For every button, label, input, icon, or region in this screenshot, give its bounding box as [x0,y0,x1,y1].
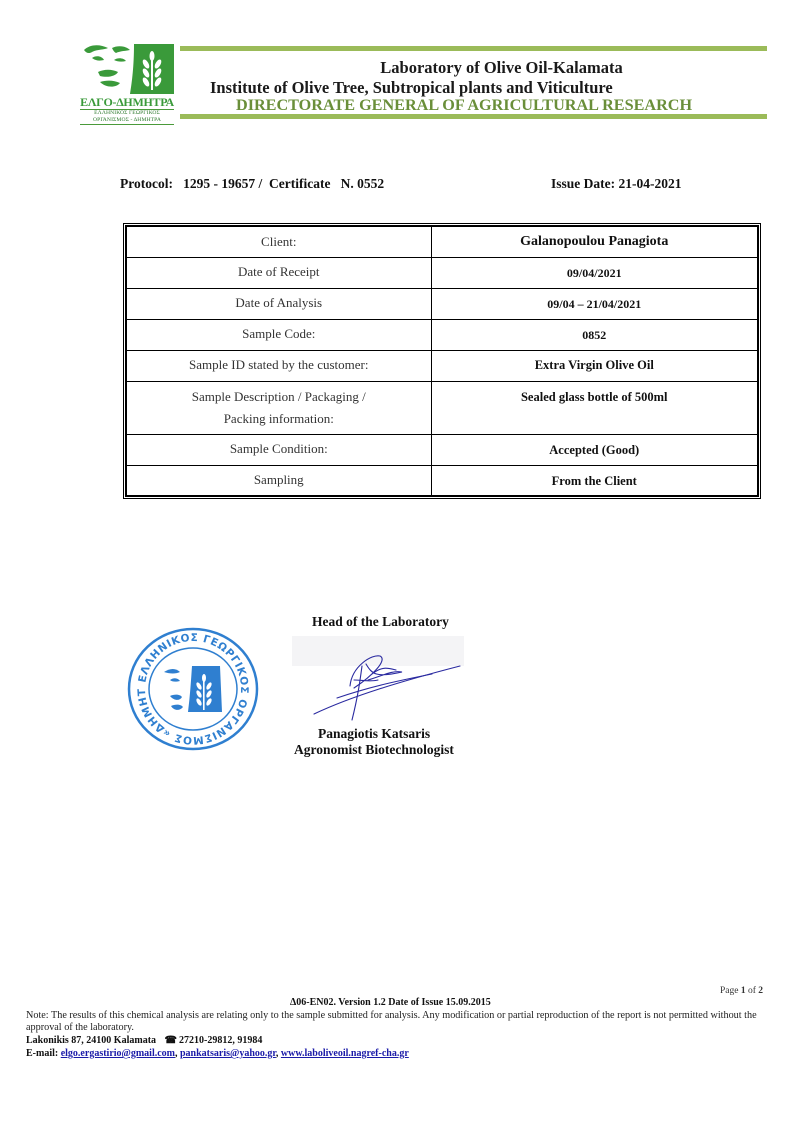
phone-icon: ☎ [165,1035,177,1046]
row-value: 09/04/2021 [431,257,758,288]
row-label: Sampling [126,465,431,496]
row-label-line1: Sample Description / Packaging / [127,386,431,408]
official-stamp-icon: ΕΛΛΗΝΙΚΟΣ ΓΕΩΡΓΙΚΟΣ ΟΡΓΑΝΙΣΜΟΣ «ΔΗΜΗΤΡΑ»… [124,626,262,752]
email-label: E-mail: [26,1048,58,1059]
row-label: Date of Analysis [126,288,431,319]
sample-info-table: Client: Galanopoulou Panagiota Date of R… [125,225,759,497]
signatory-title: Head of the Laboratory [312,614,449,630]
institute-name: Institute of Olive Tree, Subtropical pla… [210,78,613,98]
row-value: 0852 [431,319,758,350]
email-link-katsaris[interactable]: pankatsaris@yahoo.gr [180,1048,276,1059]
row-label: Sample ID stated by the customer: [126,350,431,381]
issue-date: Issue Date: 21-04-2021 [551,176,682,192]
header-bottom-rule [180,114,767,119]
signatory-name: Panagiotis Katsaris [318,726,430,742]
logo-divider [80,124,174,125]
table-row: Date of Receipt 09/04/2021 [126,257,758,288]
disclaimer-note: Note: The results of this chemical analy… [26,1010,766,1034]
table-row: Sample Description / Packaging / Packing… [126,381,758,434]
row-value: Extra Virgin Olive Oil [431,350,758,381]
directorate-name: DIRECTORATE GENERAL OF AGRICULTURAL RESE… [236,96,692,115]
protocol-value: 1295 - 19657 / [183,176,262,191]
phone-numbers: 27210-29812, 91984 [179,1035,262,1046]
row-value: 09/04 – 21/04/2021 [431,288,758,319]
row-value: Sealed glass bottle of 500ml [431,381,758,434]
row-label: Sample Code: [126,319,431,350]
certificate-number: N. 0552 [341,176,385,191]
logo-subtitle-line2: ΟΡΓΑΝΙΣΜΟΣ - ΔΗΜΗΤΡΑ [78,117,176,123]
contact-emails: E-mail: elgo.ergastirio@gmail.com, panka… [26,1048,409,1059]
elgo-dimitra-logo: ΕΛΓΟ-ΔΗΜΗΤΡΑ ΕΛΛΗΝΙΚΟΣ ΓΕΩΡΓΙΚΟΣ ΟΡΓΑΝΙΣ… [78,42,176,124]
row-label: Date of Receipt [126,257,431,288]
certificate-label: Certificate [269,176,330,191]
lab-name: Laboratory of Olive Oil-Kalamata [180,58,793,78]
page-total: 2 [758,986,763,996]
page-of: of [746,986,759,996]
row-label: Client: [126,226,431,257]
table-row: Sample Code: 0852 [126,319,758,350]
website-link[interactable]: www.laboliveoil.nagref-cha.gr [281,1048,409,1059]
address-text: Lakonikis 87, 24100 Kalamata [26,1035,156,1046]
logo-face-wheat-icon [78,42,176,94]
row-value: Accepted (Good) [431,434,758,465]
row-label: Sample Condition: [126,434,431,465]
page-prefix: Page [720,986,741,996]
signatory-role: Agronomist Biotechnologist [294,742,454,758]
protocol-label: Protocol: [120,176,173,191]
issue-date-value: 21-04-2021 [619,176,682,191]
row-value: Galanopoulou Panagiota [431,226,758,257]
row-value: From the Client [431,465,758,496]
issue-date-label: Issue Date: [551,176,615,191]
handwritten-signature-icon [292,636,464,726]
document-version: Δ06-EN02. Version 1.2 Date of Issue 15.0… [290,997,491,1008]
protocol-line: Protocol: 1295 - 19657 / Certificate N. … [120,176,384,192]
logo-title: ΕΛΓΟ-ΔΗΜΗΤΡΑ [78,95,176,110]
table-row: Sample ID stated by the customer: Extra … [126,350,758,381]
table-row: Client: Galanopoulou Panagiota [126,226,758,257]
page-number: Page 1 of 2 [720,986,763,996]
lab-address: Lakonikis 87, 24100 Kalamata ☎27210-2981… [26,1035,262,1046]
row-label-line2: Packing information: [127,408,431,430]
table-row: Sampling From the Client [126,465,758,496]
table-row: Sample Condition: Accepted (Good) [126,434,758,465]
logo-subtitle-line1: ΕΛΛΗΝΙΚΟΣ ΓΕΩΡΓΙΚΟΣ [78,110,176,116]
email-link-elgo[interactable]: elgo.ergastirio@gmail.com [61,1048,175,1059]
row-label: Sample Description / Packaging / Packing… [126,381,431,434]
header-top-rule [180,46,767,51]
table-row: Date of Analysis 09/04 – 21/04/2021 [126,288,758,319]
